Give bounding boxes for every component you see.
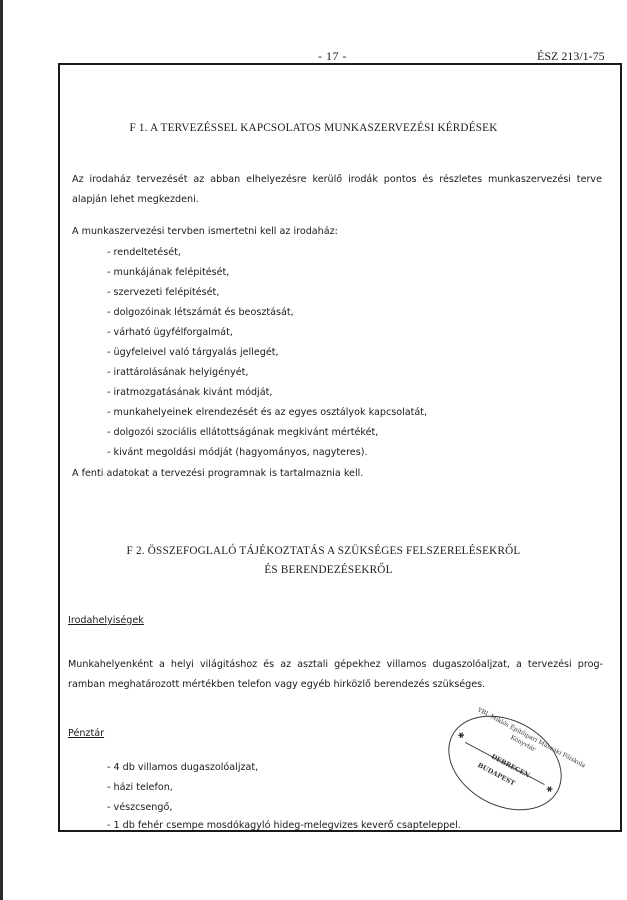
list-item: - szervezeti felépitését,: [107, 283, 427, 303]
page-number: - 17 -: [318, 49, 347, 64]
subheading-penztar: Pénztár: [68, 728, 104, 739]
list-item: - vészcsengő,: [107, 798, 461, 818]
star-icon: ✱: [456, 730, 466, 741]
subheading-irodahelyisegek: Irodahelyiségek: [68, 615, 144, 626]
list-item: - irattárolásának helyigényét,: [107, 363, 427, 383]
list-item: - munkájának felépitését,: [107, 263, 427, 283]
list-item: - rendeltetését,: [107, 243, 427, 263]
list-item: - dolgozóinak létszámát és beosztását,: [107, 303, 427, 323]
star-icon: ✱: [544, 784, 554, 795]
list-item: - 1 db fehér csempe mosdókagyló hideg-me…: [107, 818, 461, 834]
list-item: - munkahelyeinek elrendezését és az egye…: [107, 403, 427, 423]
penztar-list: - 4 db villamos dugaszolóaljzat, - házi …: [107, 758, 461, 834]
list-item: - ügyfeleivel való tárgyalás jellegét,: [107, 343, 427, 363]
section-f1-closing: A fenti adatokat a tervezési programnak …: [72, 464, 363, 484]
irodahelyisegek-text: Munkahelyenként a helyi világitáshoz és …: [68, 655, 603, 695]
section-f1-intro: Az irodaház tervezését az abban elhelyez…: [72, 170, 602, 210]
section-f2-title-line2: ÉS BERENDEZÉSEKRŐL: [0, 564, 627, 576]
section-f1-list: - rendeltetését, - munkájának felépitésé…: [107, 243, 427, 463]
section-f1-list-intro: A munkaszervezési tervben ismertetni kel…: [72, 222, 338, 242]
list-item: - házi telefon,: [107, 778, 461, 798]
scan-edge: [0, 0, 3, 900]
list-item: - kivánt megoldási módját (hagyományos, …: [107, 443, 427, 463]
section-f1-title: F 1. A TERVEZÉSSEL KAPCSOLATOS MUNKASZER…: [0, 122, 627, 134]
document-code: ÉSZ 213/1-75: [537, 49, 605, 64]
list-item: - várható ügyfélforgalmát,: [107, 323, 427, 343]
list-item: - iratmozgatásának kivánt módját,: [107, 383, 427, 403]
list-item: - dolgozói szociális ellátottságának meg…: [107, 423, 427, 443]
list-item: - 4 db villamos dugaszolóaljzat,: [107, 758, 461, 778]
section-f2-title-line1: F 2. ÖSSZEFOGLALÓ TÁJÉKOZTATÁS A SZÜKSÉG…: [0, 545, 627, 557]
